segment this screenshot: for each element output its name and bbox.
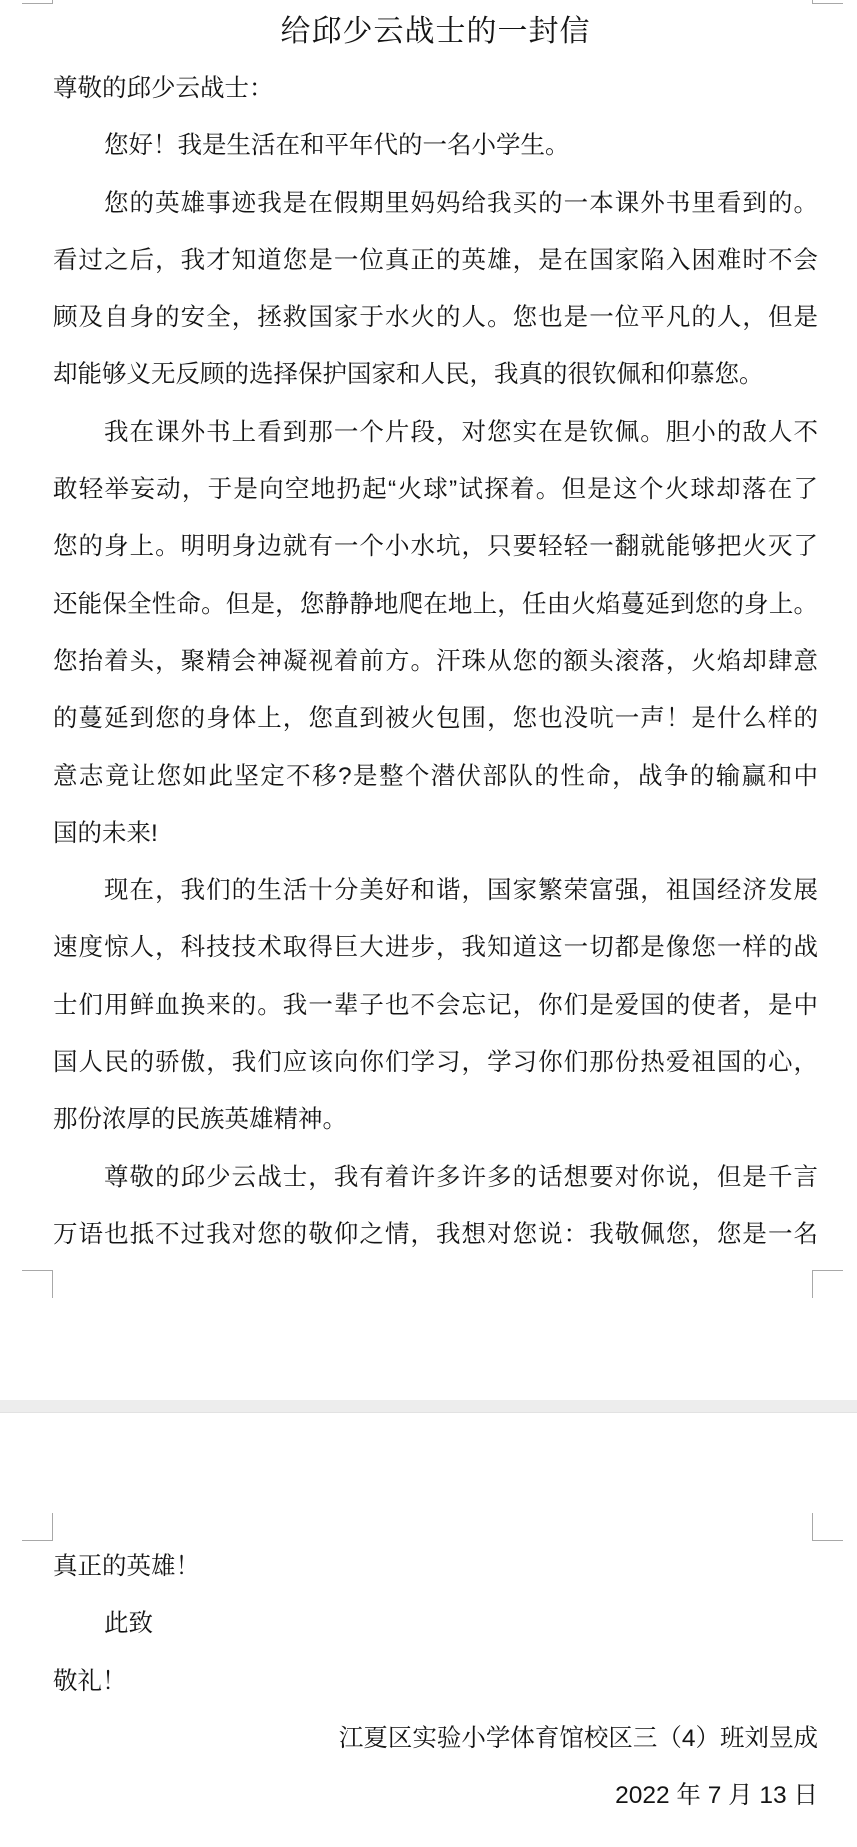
document-title: 给邱少云战士的一封信 [53,8,818,56]
text-line: 还能保全性命。但是，您静静地爬在地上，任由火焰蔓延到您的身上。 [53,576,818,633]
text-line: 意志竟让您如此坚定不移?是整个潜伏部队的性命，战争的输赢和中 [53,748,818,805]
page-separator [0,1400,857,1413]
text-line: 速度惊人，科技技术取得巨大进步，我知道这一切都是像您一样的战 [53,919,818,976]
page2-margin-mark-top-right [812,1513,843,1541]
page2-margin-mark-top-left [22,1513,53,1541]
text-line: 尊敬的邱少云战士： [53,60,818,117]
text-line: 我在课外书上看到那一个片段，对您实在是钦佩。胆小的敌人不 [53,404,818,461]
page-2-text: 真正的英雄！此致敬礼！江夏区实验小学体育馆校区三（4）班刘昱成2022 年 7 … [53,1538,818,1824]
page-margin-mark-top-right [812,0,843,4]
text-line: 万语也抵不过我对您的敬仰之情，我想对您说：我敬佩您，您是一名 [53,1206,818,1263]
text-line: 江夏区实验小学体育馆校区三（4）班刘昱成 [53,1710,818,1767]
text-line: 却能够义无反顾的选择保护国家和人民，我真的很钦佩和仰慕您。 [53,346,818,403]
text-line: 此致 [53,1595,818,1652]
text-line: 真正的英雄！ [53,1538,818,1595]
text-line: 您抬着头，聚精会神凝视着前方。汗珠从您的额头滚落，火焰却肆意 [53,633,818,690]
document-canvas: 给邱少云战士的一封信 尊敬的邱少云战士：您好！我是生活在和平年代的一名小学生。您… [0,0,857,1847]
text-line: 现在，我们的生活十分美好和谐，国家繁荣富强，祖国经济发展 [53,862,818,919]
page-margin-mark-top-left [22,0,53,4]
text-line: 国人民的骄傲，我们应该向你们学习，学习你们那份热爱祖国的心， [53,1034,818,1091]
text-line: 的蔓延到您的身体上，您直到被火包围，您也没吭一声！是什么样的 [53,690,818,747]
text-line: 您的身上。明明身边就有一个小水坑，只要轻轻一翻就能够把火灭了 [53,518,818,575]
text-line: 您的英雄事迹我是在假期里妈妈给我买的一本课外书里看到的。 [53,175,818,232]
page-margin-mark-bottom-left [22,1270,53,1298]
text-line: 顾及自身的安全，拯救国家于水火的人。您也是一位平凡的人，但是 [53,289,818,346]
text-line: 您好！我是生活在和平年代的一名小学生。 [53,117,818,174]
page-1-text: 尊敬的邱少云战士：您好！我是生活在和平年代的一名小学生。您的英雄事迹我是在假期里… [53,60,818,1263]
text-line: 那份浓厚的民族英雄精神。 [53,1091,818,1148]
text-line: 看过之后，我才知道您是一位真正的英雄，是在国家陷入困难时不会 [53,232,818,289]
text-line: 敬礼！ [53,1653,818,1710]
text-line: 敢轻举妄动，于是向空地扔起“火球”试探着。但是这个火球却落在了 [53,461,818,518]
text-line: 2022 年 7 月 13 日 [53,1767,818,1824]
text-line: 尊敬的邱少云战士，我有着许多许多的话想要对你说，但是千言 [53,1149,818,1206]
text-line: 国的未来! [53,805,818,862]
text-line: 士们用鲜血换来的。我一辈子也不会忘记，你们是爱国的使者，是中 [53,977,818,1034]
page-margin-mark-bottom-right [812,1270,843,1298]
